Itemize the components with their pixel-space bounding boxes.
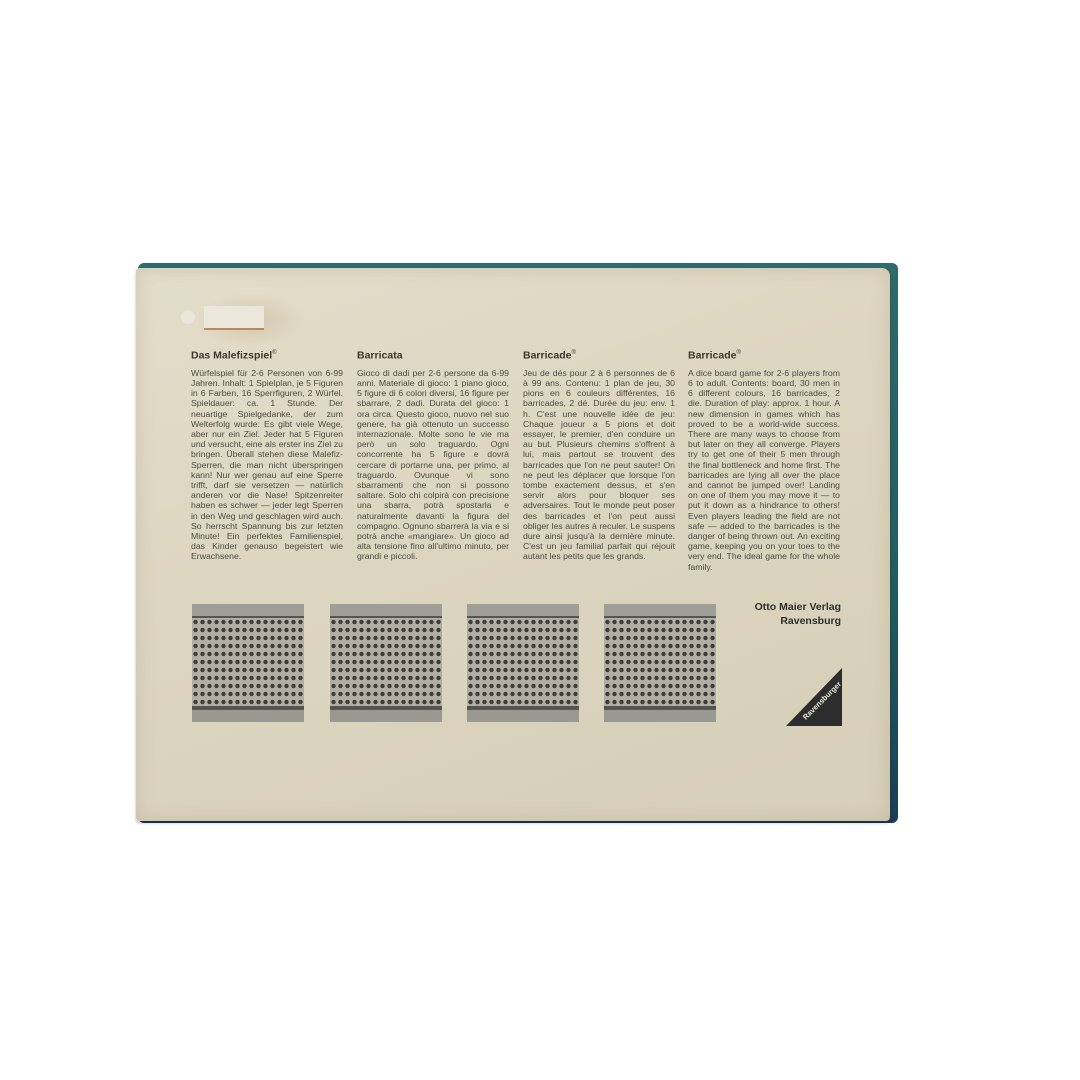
title-french: Barricade® xyxy=(523,348,675,361)
description-italian: Barricata Gioco di dadi per 2-6 persone … xyxy=(357,348,509,562)
description-german: Das Malefizspiel® Würfelspiel für 2-6 Pe… xyxy=(191,348,343,562)
body-german: Würfelspiel für 2-6 Personen von 6-99 Ja… xyxy=(191,368,343,562)
body-english: A dice board game for 2-6 players from 6… xyxy=(688,368,840,572)
ravensburger-triangle-logo-icon xyxy=(786,668,842,726)
description-french: Barricade® Jeu de dés pour 2 à 6 personn… xyxy=(523,348,675,562)
title-english: Barricade® xyxy=(688,348,840,361)
body-french: Jeu de dés pour 2 à 6 personnes de 6 à 9… xyxy=(523,368,675,562)
title-italian: Barricata xyxy=(357,348,509,361)
price-sticker-remnant xyxy=(204,306,264,330)
game-box-back: Das Malefizspiel® Würfelspiel für 2-6 Pe… xyxy=(136,268,890,821)
publisher-info: Otto Maier Verlag Ravensburg xyxy=(696,600,841,628)
board-overview-photo xyxy=(192,604,304,722)
description-english: Barricade® A dice board game for 2-6 pla… xyxy=(688,348,840,572)
body-italian: Gioco di dadi per 2-6 persone da 6-99 an… xyxy=(357,368,509,562)
board-start-photo xyxy=(330,604,442,722)
punch-hole xyxy=(181,310,195,324)
publisher-city: Ravensburg xyxy=(696,614,841,628)
board-midgame-photo xyxy=(467,604,579,722)
title-german: Das Malefizspiel® xyxy=(191,348,343,361)
publisher-name: Otto Maier Verlag xyxy=(696,600,841,614)
